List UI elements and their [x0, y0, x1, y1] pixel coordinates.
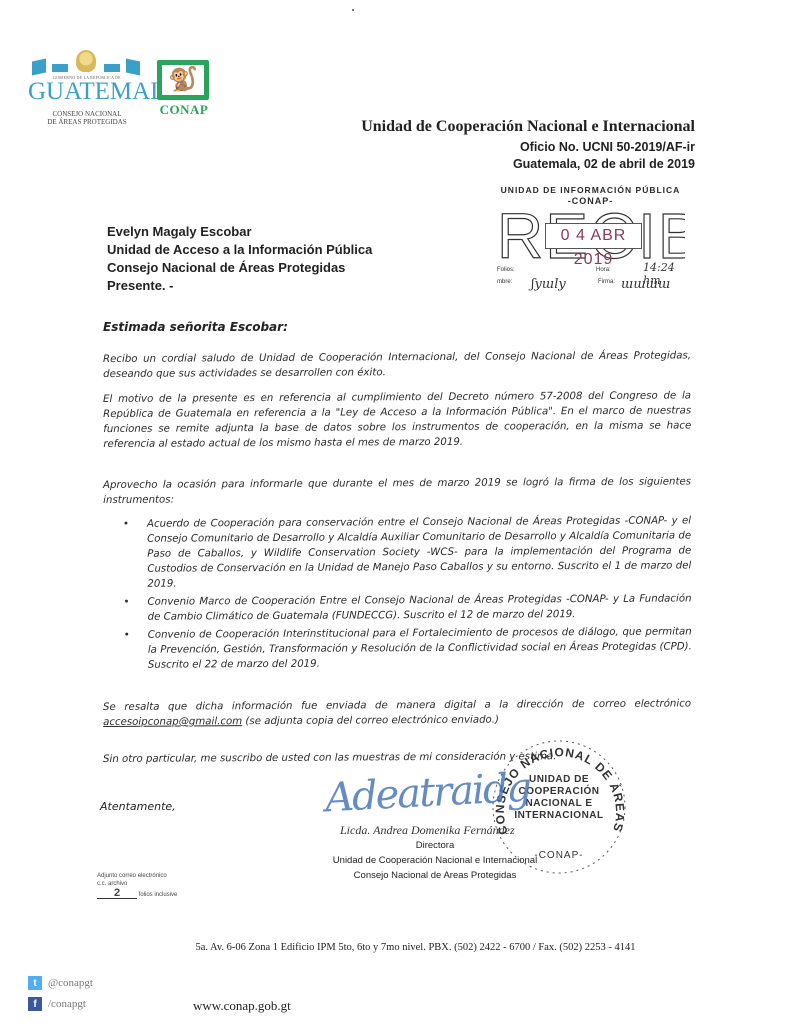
recipient-unit: Unidad de Acceso a la Información Públic… — [107, 241, 372, 259]
stamp-nombre-label: mbre: — [497, 279, 512, 285]
list-item: Convenio Marco de Cooperación Entre el C… — [103, 591, 691, 625]
flag-bar-left — [32, 59, 46, 76]
annex-note: Adjunto correo electrónico c.c. archivo … — [97, 872, 177, 899]
stamp-signature-scrawl: ʃyɯly — [531, 277, 566, 292]
stamp-date: 0 4 ABR 2019 — [545, 223, 642, 249]
logo-wordmark: GUATEMALA — [28, 78, 146, 106]
scan-speck — [352, 9, 354, 11]
stamp-folios-label: Folios: — [497, 267, 515, 273]
recipient-presente: Presente. - — [107, 277, 372, 295]
paragraph-greeting: Recibo un cordial saludo de Unidad de Co… — [103, 348, 691, 382]
flag-bar-right — [126, 59, 140, 76]
stamp-firma-label: Firma: — [598, 279, 615, 285]
email-text-before: Se resalta que dicha información fue env… — [103, 698, 691, 713]
logo-subtitle-1: CONSEJO NACIONAL — [28, 110, 146, 118]
coat-of-arms-icon — [76, 50, 96, 72]
logo-subtitle-2: DE ÁREAS PROTEGIDAS — [28, 118, 146, 126]
recipient-block: Evelyn Magaly Escobar Unidad de Acceso a… — [107, 223, 372, 295]
guatemala-logo: GOBIERNO DE LA REPÚBLICA DE GUATEMALA CO… — [28, 48, 146, 130]
seal-line: INTERNACIONAL — [514, 810, 604, 822]
stamp-title: UNIDAD DE INFORMACIÓN PÚBLICA — [493, 185, 688, 195]
received-stamp: UNIDAD DE INFORMACIÓN PÚBLICA -CONAP- RE… — [493, 185, 688, 295]
paragraph-email: Se resalta que dicha información fue env… — [103, 696, 691, 730]
signer-title: Directora — [320, 840, 550, 851]
email-text-after: (se adjunta copia del correo electrónico… — [242, 715, 499, 728]
monkey-icon: 🐒 — [162, 65, 204, 95]
list-item: Convenio de Cooperación Interinstitucion… — [104, 624, 692, 673]
email-link[interactable]: accesoipconap@gmail.com — [103, 716, 242, 728]
salutation: Estimada señorita Escobar: — [103, 320, 288, 334]
issuing-unit: Unidad de Cooperación Nacional e Interna… — [361, 118, 695, 136]
stamp-hora-label: Hora: — [596, 267, 611, 273]
footer-address: 5a. Av. 6-06 Zona 1 Edificio IPM 5to, 6t… — [0, 942, 791, 953]
paragraph-motive: El motivo de la presente es en referenci… — [103, 388, 691, 452]
website-link[interactable]: www.conap.gob.gt — [193, 998, 291, 1014]
twitter-icon: t — [28, 976, 42, 990]
facebook-handle[interactable]: /conapgt — [48, 998, 86, 1010]
annex-line-2: c.c. archivo — [97, 880, 177, 888]
annex-folios: 2 folios inclusive — [97, 888, 177, 899]
conap-logo: 🐒 CONAP — [155, 60, 213, 118]
signer-unit: Unidad de Cooperación Nacional e Interna… — [320, 855, 550, 866]
folios-count: 2 — [97, 888, 137, 899]
recipient-org: Consejo Nacional de Áreas Protegidas — [107, 259, 372, 277]
facebook-icon: f — [28, 997, 42, 1011]
recipient-name: Evelyn Magaly Escobar — [107, 223, 372, 241]
stamp-firma-scrawl: ɯɯɯɯ — [621, 277, 670, 292]
oficio-number: Oficio No. UCNI 50-2019/AF-ir — [520, 140, 695, 154]
twitter-handle[interactable]: @conapgt — [48, 977, 93, 989]
conap-wordmark: CONAP — [155, 102, 213, 118]
flag-bar-right-inner — [104, 64, 120, 72]
signer-org: Consejo Nacional de Areas Protegidas — [320, 870, 550, 881]
conap-logo-frame: 🐒 — [157, 60, 209, 100]
instruments-list: Acuerdo de Cooperación para conservación… — [103, 513, 692, 676]
twitter-handle-row[interactable]: t @conapgt — [28, 976, 93, 990]
annex-line-1: Adjunto correo electrónico — [97, 872, 177, 880]
signer-name: Licda. Andrea Domenika Fernández — [340, 823, 515, 838]
list-item: Acuerdo de Cooperación para conservación… — [103, 513, 691, 592]
paragraph-instruments-intro: Aprovecho la ocasión para informarle que… — [103, 474, 691, 508]
closing-atentamente: Atentamente, — [100, 800, 176, 813]
flag-bar-left-inner — [52, 64, 68, 72]
facebook-handle-row[interactable]: f /conapgt — [28, 997, 86, 1011]
folios-label: folios inclusive — [139, 892, 178, 898]
place-date: Guatemala, 02 de abril de 2019 — [513, 157, 695, 171]
